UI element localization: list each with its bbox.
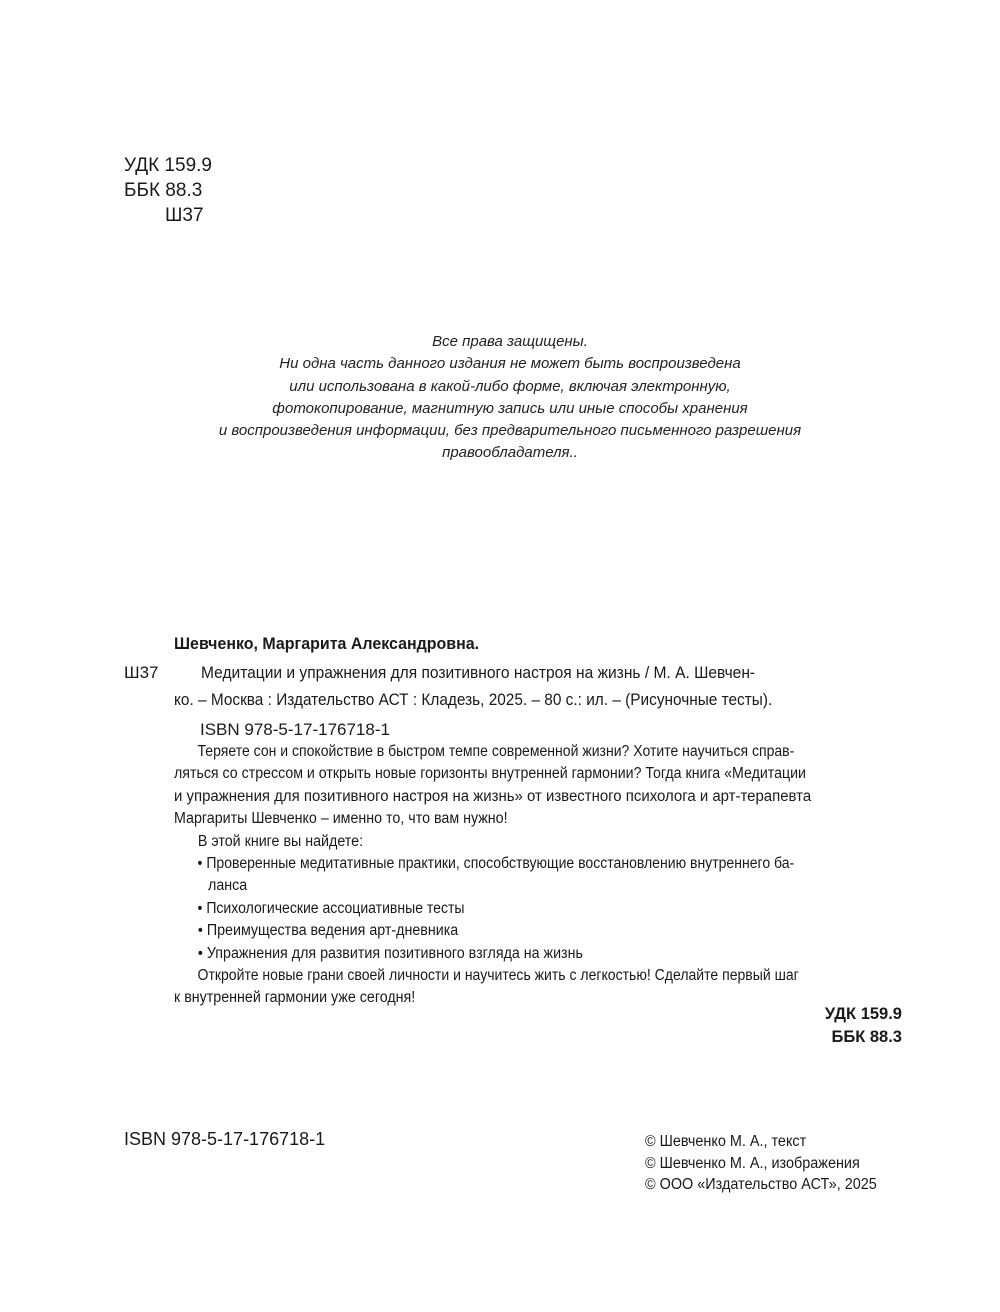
imprint-page: УДК 159.9 ББК 88.3 Ш37 Все права защищен… xyxy=(0,0,1000,1312)
copyright-line: © Шевченко М. А., текст xyxy=(645,1131,877,1153)
list-heading: В этой книге вы найдете: xyxy=(174,831,846,853)
bbk-code: ББК 88.3 xyxy=(124,178,212,203)
record-author: Шевченко, Маргарита Александровна. xyxy=(174,634,479,654)
list-item-continuation: ланса xyxy=(174,875,846,897)
bbk-code-bold: ББК 88.3 xyxy=(825,1026,902,1049)
copyright-line: © ООО «Издательство АСТ», 2025 xyxy=(645,1174,877,1196)
annotation-line: ляться со стрессом и открыть новые гориз… xyxy=(174,763,842,785)
rights-line: Ни одна часть данного издания не может б… xyxy=(150,353,870,375)
record-isbn: ISBN 978-5-17-176718-1 xyxy=(200,720,390,740)
list-item: • Преимущества ведения арт-дневника xyxy=(174,920,846,942)
rights-notice: Все права защищены. Ни одна часть данног… xyxy=(150,331,870,465)
annotation-line: к внутренней гармонии уже сегодня! xyxy=(174,987,846,1009)
copyright-block: © Шевченко М. А., текст © Шевченко М. А.… xyxy=(645,1131,894,1196)
classification-block-bottom: УДК 159.9 ББК 88.3 xyxy=(825,1003,902,1049)
copyright-line: © Шевченко М. А., изображения xyxy=(645,1153,877,1175)
rights-line: правообладателя.. xyxy=(150,442,870,464)
list-item: • Проверенные медитативные практики, спо… xyxy=(174,853,835,875)
list-item: • Упражнения для развития позитивного вз… xyxy=(174,943,846,965)
record-title-line: ко. – Москва : Издательство АСТ : Кладез… xyxy=(174,690,772,710)
record-title-line: Медитации и упражнения для позитивного н… xyxy=(201,663,755,683)
annotation: Теряете сон и спокойствие в быстром темп… xyxy=(174,741,904,1010)
rights-line: или использована в какой-либо форме, вкл… xyxy=(150,376,870,398)
annotation-line: Откройте новые грани своей личности и на… xyxy=(174,965,835,987)
annotation-line: и упражнения для позитивного настроя на … xyxy=(174,786,878,808)
footer-isbn: ISBN 978-5-17-176718-1 xyxy=(124,1129,325,1150)
annotation-line: Теряете сон и спокойствие в быстром темп… xyxy=(174,741,835,763)
rights-line: и воспроизведения информации, без предва… xyxy=(150,420,870,442)
udk-code: УДК 159.9 xyxy=(124,153,212,178)
classification-block-top: УДК 159.9 ББК 88.3 Ш37 xyxy=(124,153,212,228)
annotation-line: Маргариты Шевченко – именно то, что вам … xyxy=(174,808,846,830)
author-mark: Ш37 xyxy=(124,203,212,228)
record-author-mark: Ш37 xyxy=(124,663,159,683)
udk-code-bold: УДК 159.9 xyxy=(825,1003,902,1026)
rights-line: Все права защищены. xyxy=(150,331,870,353)
rights-line: фотокопирование, магнитную запись или ин… xyxy=(150,398,870,420)
list-item: • Психологические ассоциативные тесты xyxy=(174,898,835,920)
